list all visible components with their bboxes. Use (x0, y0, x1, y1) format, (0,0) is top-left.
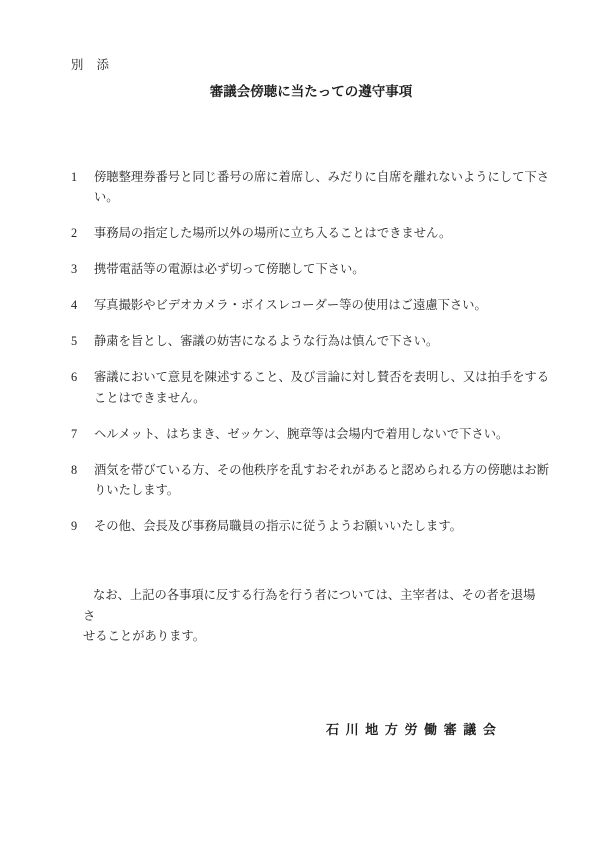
rule-number: 8 (71, 460, 94, 501)
rule-text: 審議において意見を陳述すること、及び言論に対し賛否を表明し、又は拍手をする こと… (94, 367, 551, 408)
rule-text: ヘルメット、はちまき、ゼッケン、腕章等は会場内で着用しないで下さい。 (94, 424, 551, 445)
rule-item-2: 2 事務局の指定した場所以外の場所に立ち入ることはできません。 (71, 223, 551, 244)
document-page: 別 添 審議会傍聴に当たっての遵守事項 1 傍聴整理券番号と同じ番号の席に着席し… (0, 0, 600, 848)
rule-text: 写真撮影やビデオカメラ・ボイスレコーダー等の使用はご遠慮下さい。 (94, 295, 551, 316)
organization-signature: 石 川 地 方 労 働 審 議 会 (326, 722, 497, 737)
attachment-label: 別 添 (71, 55, 551, 76)
rule-text: 静粛を旨とし、審議の妨害になるような行為は慎んで下さい。 (94, 331, 551, 352)
rule-number: 1 (71, 167, 94, 208)
rule-item-4: 4 写真撮影やビデオカメラ・ボイスレコーダー等の使用はご遠慮下さい。 (71, 295, 551, 316)
page-title: 審議会傍聴に当たっての遵守事項 (71, 83, 551, 100)
rule-number: 3 (71, 259, 94, 280)
rule-text: その他、会長及び事務局職員の指示に従うようお願いいたします。 (94, 516, 551, 537)
rule-item-8: 8 酒気を帯びている方、その他秩序を乱すおそれがあると認められる方の傍聴はお断 … (71, 460, 551, 501)
rule-text: 携帯電話等の電源は必ず切って傍聴して下さい。 (94, 259, 551, 280)
rule-text: 事務局の指定した場所以外の場所に立ち入ることはできません。 (94, 223, 551, 244)
rule-number: 6 (71, 367, 94, 408)
rule-item-9: 9 その他、会長及び事務局職員の指示に従うようお願いいたします。 (71, 516, 551, 537)
closing-note: なお、上記の各事項に反する行為を行う者については、主宰者は、その者を退場さ せる… (83, 585, 545, 647)
rule-number: 9 (71, 516, 94, 537)
rule-number: 4 (71, 295, 94, 316)
rule-item-5: 5 静粛を旨とし、審議の妨害になるような行為は慎んで下さい。 (71, 331, 551, 352)
rule-item-3: 3 携帯電話等の電源は必ず切って傍聴して下さい。 (71, 259, 551, 280)
rule-number: 2 (71, 223, 94, 244)
rule-item-1: 1 傍聴整理券番号と同じ番号の席に着席し、みだりに自席を離れないようにして下さ … (71, 167, 551, 208)
rule-number: 7 (71, 424, 94, 445)
rule-text: 傍聴整理券番号と同じ番号の席に着席し、みだりに自席を離れないようにして下さ い。 (94, 167, 551, 208)
rule-number: 5 (71, 331, 94, 352)
rule-text: 酒気を帯びている方、その他秩序を乱すおそれがあると認められる方の傍聴はお断 りい… (94, 460, 551, 501)
rules-list: 1 傍聴整理券番号と同じ番号の席に着席し、みだりに自席を離れないようにして下さ … (71, 167, 551, 553)
rule-item-6: 6 審議において意見を陳述すること、及び言論に対し賛否を表明し、又は拍手をする … (71, 367, 551, 408)
rule-item-7: 7 ヘルメット、はちまき、ゼッケン、腕章等は会場内で着用しないで下さい。 (71, 424, 551, 445)
